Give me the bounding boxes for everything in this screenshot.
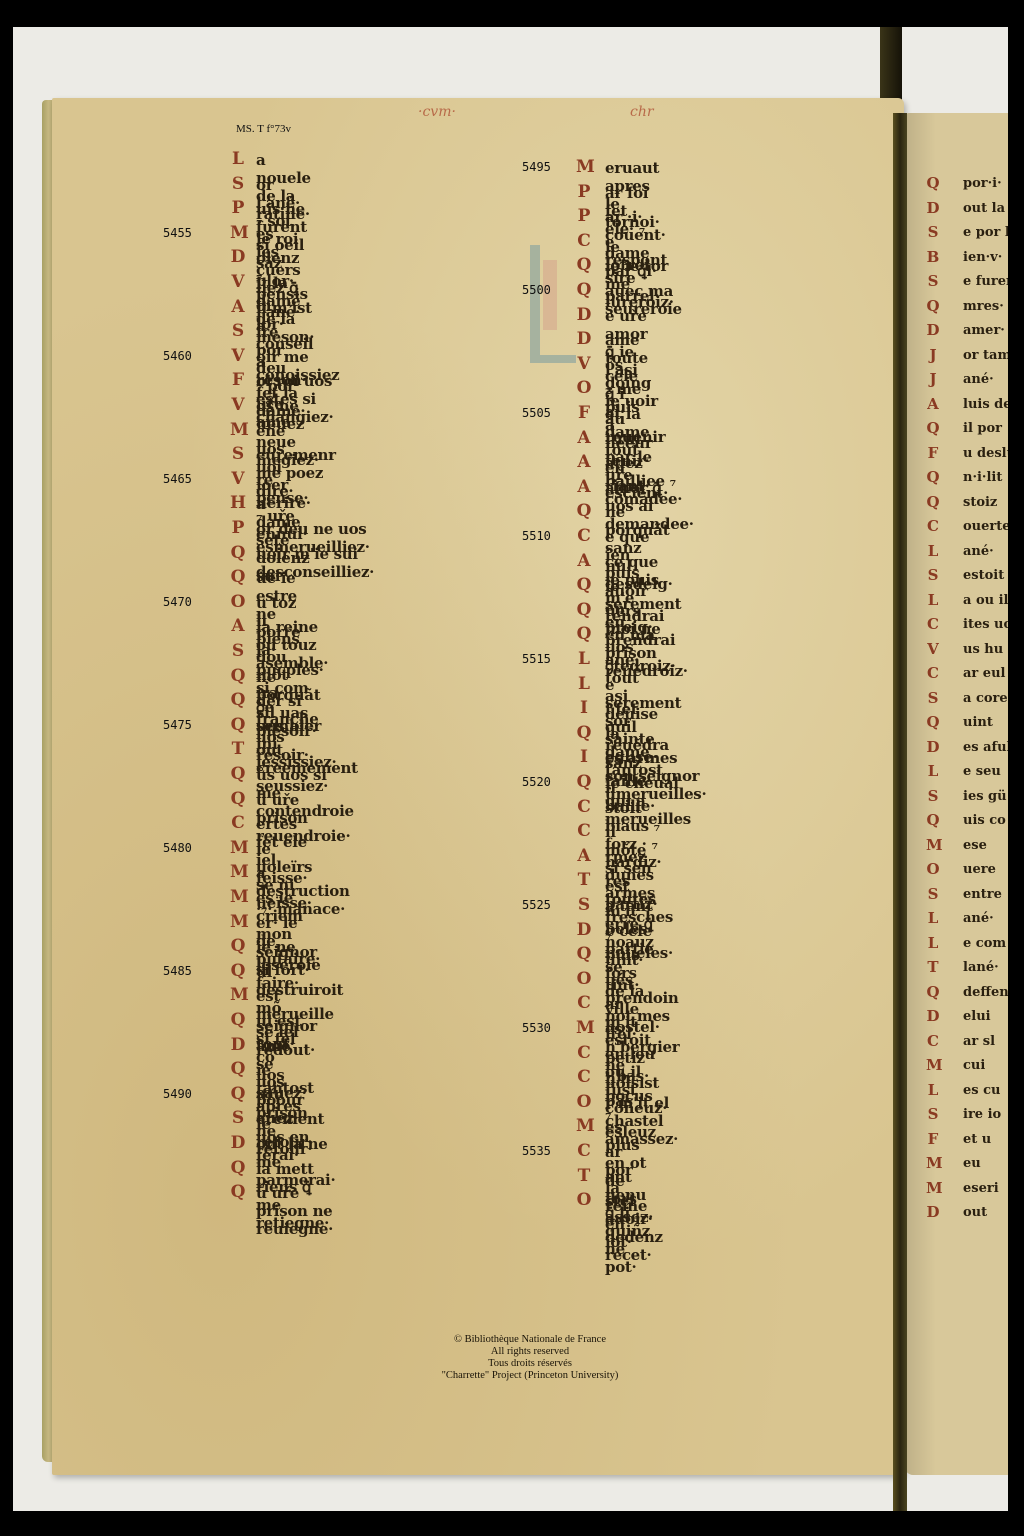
rubricated-initial: D — [576, 920, 592, 940]
rubricated-initial: S — [926, 787, 940, 805]
rubricated-initial: M — [230, 985, 246, 1005]
rubricated-initial: V — [230, 469, 246, 489]
verse-line: et u — [963, 1132, 1008, 1147]
rubricated-initial: B — [926, 248, 940, 266]
rubricated-initial: P — [230, 518, 246, 538]
verse-line: out — [963, 1205, 1008, 1220]
verse-line: lané· — [963, 960, 1008, 975]
verse-line: il por — [963, 421, 1008, 436]
verse-line: e com — [963, 936, 1008, 951]
rubricated-initial: Q — [230, 715, 246, 735]
rubricated-initial: A — [230, 616, 246, 636]
verse-line: por·i· — [963, 176, 1008, 191]
line-number: 5495 — [522, 160, 551, 174]
line-number: 5475 — [163, 718, 192, 732]
line-number: 5460 — [163, 349, 192, 363]
rubricated-initial: C — [576, 821, 592, 841]
line-number: 5530 — [522, 1021, 551, 1035]
rubricated-initial: F — [926, 1130, 940, 1148]
verse-line: ané· — [963, 544, 1008, 559]
rubricated-initial: S — [230, 444, 246, 464]
rubricated-initial: Q — [230, 1059, 246, 1079]
manuscript-page-verso — [52, 98, 904, 1475]
verse-line: uis co — [963, 813, 1008, 828]
verse-line: n·i·lit — [963, 470, 1008, 485]
rubricated-initial: S — [926, 223, 940, 241]
line-number: 5485 — [163, 964, 192, 978]
verse-line: cui — [963, 1058, 1008, 1073]
rubricated-initial: L — [230, 149, 246, 169]
rubricated-initial: C — [926, 1032, 940, 1050]
rubricated-initial: C — [576, 1043, 592, 1063]
verse-line: out la — [963, 201, 1008, 216]
rubricated-initial: C — [576, 1067, 592, 1087]
copyright-line-2: All rights reserved — [380, 1346, 680, 1358]
line-number: 5480 — [163, 841, 192, 855]
rubricated-initial: L — [926, 1081, 940, 1099]
verse-line: ané· — [963, 372, 1008, 387]
rubricated-initial: Q — [926, 297, 940, 315]
verse-line: estoit — [963, 568, 1008, 583]
rubricated-initial: Q — [926, 983, 940, 1001]
rubricated-initial: S — [230, 641, 246, 661]
rubricated-initial: H — [230, 493, 246, 513]
rubricated-initial: Q — [230, 1158, 246, 1178]
rubricated-initial: Q — [230, 543, 246, 563]
rubricated-initial: L — [576, 674, 592, 694]
frame-top — [0, 0, 1024, 27]
frame-right — [1008, 0, 1024, 1536]
rubricated-initial: Q — [230, 567, 246, 587]
rubricated-initial: I — [576, 698, 592, 718]
rubricated-initial: F — [576, 403, 592, 423]
rubricated-initial: Q — [576, 772, 592, 792]
verse-line: stel auoir· dedenz recet· — [605, 1192, 663, 1264]
verse-line: ar eul — [963, 666, 1008, 681]
rubricated-initial: M — [230, 912, 246, 932]
verse-line: amer· — [963, 323, 1008, 338]
rubricated-initial: O — [576, 969, 592, 989]
rubricated-initial: M — [230, 223, 246, 243]
rubricated-initial: F — [230, 370, 246, 390]
verse-line: ies gü — [963, 789, 1008, 804]
rubricated-initial: S — [230, 1108, 246, 1128]
verse-line: ané· — [963, 911, 1008, 926]
rubricated-initial: S — [926, 272, 940, 290]
copyright-notice: © Bibliothèque Nationale de France All r… — [380, 1334, 680, 1382]
line-number: 5510 — [522, 529, 551, 543]
rubricated-initial: D — [576, 305, 592, 325]
rubricated-initial: S — [576, 895, 592, 915]
verse-line: es cu — [963, 1083, 1008, 1098]
verse-line: e seu — [963, 764, 1008, 779]
rubricated-initial: D — [230, 247, 246, 267]
rubricated-initial: T — [230, 739, 246, 759]
rubricated-initial: M — [230, 862, 246, 882]
rubricated-initial: D — [230, 1133, 246, 1153]
verse-line: ū uře prison ne reuiegne· — [256, 1184, 333, 1238]
running-head-right: chr — [630, 104, 654, 120]
rubricated-initial: L — [926, 762, 940, 780]
rubricated-initial: L — [926, 934, 940, 952]
line-number: 5515 — [522, 652, 551, 666]
rubricated-initial: I — [576, 747, 592, 767]
rubricated-initial: C — [230, 813, 246, 833]
rubricated-initial: M — [230, 838, 246, 858]
verse-line: ire io — [963, 1107, 1008, 1122]
rubricated-initial: S — [230, 174, 246, 194]
rubricated-initial: O — [576, 378, 592, 398]
verse-line: mres· — [963, 299, 1008, 314]
rubricated-initial: A — [576, 452, 592, 472]
rubricated-initial: M — [576, 157, 592, 177]
rubricated-initial: D — [926, 321, 940, 339]
line-number: 5505 — [522, 406, 551, 420]
line-number: 5490 — [163, 1087, 192, 1101]
rubricated-initial: T — [926, 958, 940, 976]
rubricated-initial: Q — [576, 723, 592, 743]
rubricated-initial: Q — [230, 1182, 246, 1202]
verse-line: eseri — [963, 1181, 1008, 1196]
rubricated-initial: D — [926, 1203, 940, 1221]
rubricated-initial: T — [576, 1166, 592, 1186]
rubricated-initial: V — [926, 640, 940, 658]
rubricated-initial: P — [576, 206, 592, 226]
copyright-line-1: © Bibliothèque Nationale de France — [380, 1334, 680, 1346]
rubricated-initial: D — [926, 199, 940, 217]
rubricated-initial: Q — [230, 666, 246, 686]
rubricated-initial: J — [926, 346, 940, 364]
rubricated-initial: O — [576, 1092, 592, 1112]
rubricated-initial: D — [926, 738, 940, 756]
rubricated-initial: C — [926, 615, 940, 633]
verse-line: entre — [963, 887, 1008, 902]
rubricated-initial: C — [576, 797, 592, 817]
rubricated-initial: Q — [926, 419, 940, 437]
verse-line: or tam — [963, 348, 1008, 363]
rubricated-initial: D — [926, 1007, 940, 1025]
rubricated-initial: A — [576, 846, 592, 866]
rubricated-initial: M — [926, 1056, 940, 1074]
rubricated-initial: L — [926, 542, 940, 560]
rubricated-initial: P — [230, 198, 246, 218]
verse-line: ar sl — [963, 1034, 1008, 1049]
rubricated-initial: Q — [576, 501, 592, 521]
verse-line: luis de — [963, 397, 1008, 412]
rubricated-initial: C — [926, 517, 940, 535]
verse-line: e furen — [963, 274, 1008, 289]
rubricated-initial: M — [576, 1116, 592, 1136]
rubricated-initial: Q — [230, 936, 246, 956]
running-head-left: ·cvm· — [418, 104, 456, 120]
rubricated-initial: Q — [926, 713, 940, 731]
verse-line: elui — [963, 1009, 1008, 1024]
rubricated-initial: C — [576, 231, 592, 251]
rubricated-initial: Q — [230, 1010, 246, 1030]
rubricated-initial: P — [576, 182, 592, 202]
rubricated-initial: M — [926, 836, 940, 854]
rubricated-initial: S — [926, 566, 940, 584]
rubricated-initial: A — [926, 395, 940, 413]
rubricated-initial: O — [926, 860, 940, 878]
rubricated-initial: M — [926, 1179, 940, 1197]
rubricated-initial: S — [230, 321, 246, 341]
rubricated-initial: V — [230, 272, 246, 292]
rubricated-initial: Q — [230, 789, 246, 809]
rubricated-initial: M — [576, 1018, 592, 1038]
rubricated-initial: C — [926, 664, 940, 682]
rubricated-initial: Q — [926, 174, 940, 192]
rubricated-initial: S — [926, 689, 940, 707]
rubricated-initial: Q — [926, 493, 940, 511]
folio-label: MS. T f°73v — [236, 123, 291, 135]
rubricated-initial: Q — [576, 280, 592, 300]
book-gutter — [893, 113, 907, 1513]
rubricated-initial: D — [230, 1035, 246, 1055]
copyright-line-4: "Charrette" Project (Princeton Universit… — [380, 1370, 680, 1382]
rubricated-initial: Q — [230, 961, 246, 981]
rubricated-initial: A — [576, 477, 592, 497]
rubricated-initial: Q — [926, 468, 940, 486]
rubricated-initial: Q — [576, 575, 592, 595]
verse-line: es afub — [963, 740, 1008, 755]
verse-line: a core — [963, 691, 1008, 706]
verse-line: ouerte — [963, 519, 1008, 534]
verse-line: eu — [963, 1156, 1008, 1171]
rubricated-initial: Q — [576, 944, 592, 964]
line-number: 5465 — [163, 472, 192, 486]
verse-line: ites uo — [963, 617, 1008, 632]
line-number: 5525 — [522, 898, 551, 912]
rubricated-initial: M — [230, 420, 246, 440]
rubricated-initial: S — [926, 1105, 940, 1123]
verse-line: ese — [963, 838, 1008, 853]
verse-line: uere — [963, 862, 1008, 877]
rubricated-initial: Q — [576, 255, 592, 275]
copyright-line-3: Tous droits réservés — [380, 1358, 680, 1370]
verse-line: a ou il — [963, 593, 1008, 608]
rubricated-initial: Q — [576, 600, 592, 620]
rubricated-initial: Q — [926, 811, 940, 829]
line-number: 5535 — [522, 1144, 551, 1158]
verse-line: u deslu — [963, 446, 1008, 461]
rubricated-initial: L — [576, 649, 592, 669]
rubricated-initial: C — [576, 993, 592, 1013]
rubricated-initial: V — [230, 346, 246, 366]
rubricated-initial: Q — [230, 1084, 246, 1104]
verse-line: uint — [963, 715, 1008, 730]
frame-bottom — [0, 1511, 1024, 1536]
rubricated-initial: Q — [576, 624, 592, 644]
rubricated-initial: V — [230, 395, 246, 415]
rubricated-initial: A — [230, 297, 246, 317]
line-number: 5520 — [522, 775, 551, 789]
line-number: 5500 — [522, 283, 551, 297]
verse-line: us hu — [963, 642, 1008, 657]
verse-line: stoiz — [963, 495, 1008, 510]
rubricated-initial: O — [576, 1190, 592, 1210]
verse-line: ien·v· — [963, 250, 1008, 265]
line-number: 5470 — [163, 595, 192, 609]
rubricated-initial: C — [576, 1141, 592, 1161]
rubricated-initial: C — [576, 526, 592, 546]
rubricated-initial: V — [576, 354, 592, 374]
rubricated-initial: Q — [230, 690, 246, 710]
rubricated-initial: S — [926, 885, 940, 903]
rubricated-initial: Q — [230, 764, 246, 784]
rubricated-initial: L — [926, 591, 940, 609]
rubricated-initial: L — [926, 909, 940, 927]
rubricated-initial: J — [926, 370, 940, 388]
verse-line: e por l. — [963, 225, 1008, 240]
rubricated-initial: M — [230, 887, 246, 907]
rubricated-initial: A — [576, 551, 592, 571]
rubricated-initial: T — [576, 870, 592, 890]
rubricated-initial: D — [576, 329, 592, 349]
rubricated-initial: M — [926, 1154, 940, 1172]
rubricated-initial: O — [230, 592, 246, 612]
line-number: 5455 — [163, 226, 192, 240]
verse-line: deffen — [963, 985, 1008, 1000]
rubricated-initial: F — [926, 444, 940, 462]
rubricated-initial: A — [576, 428, 592, 448]
frame-left — [0, 0, 13, 1536]
